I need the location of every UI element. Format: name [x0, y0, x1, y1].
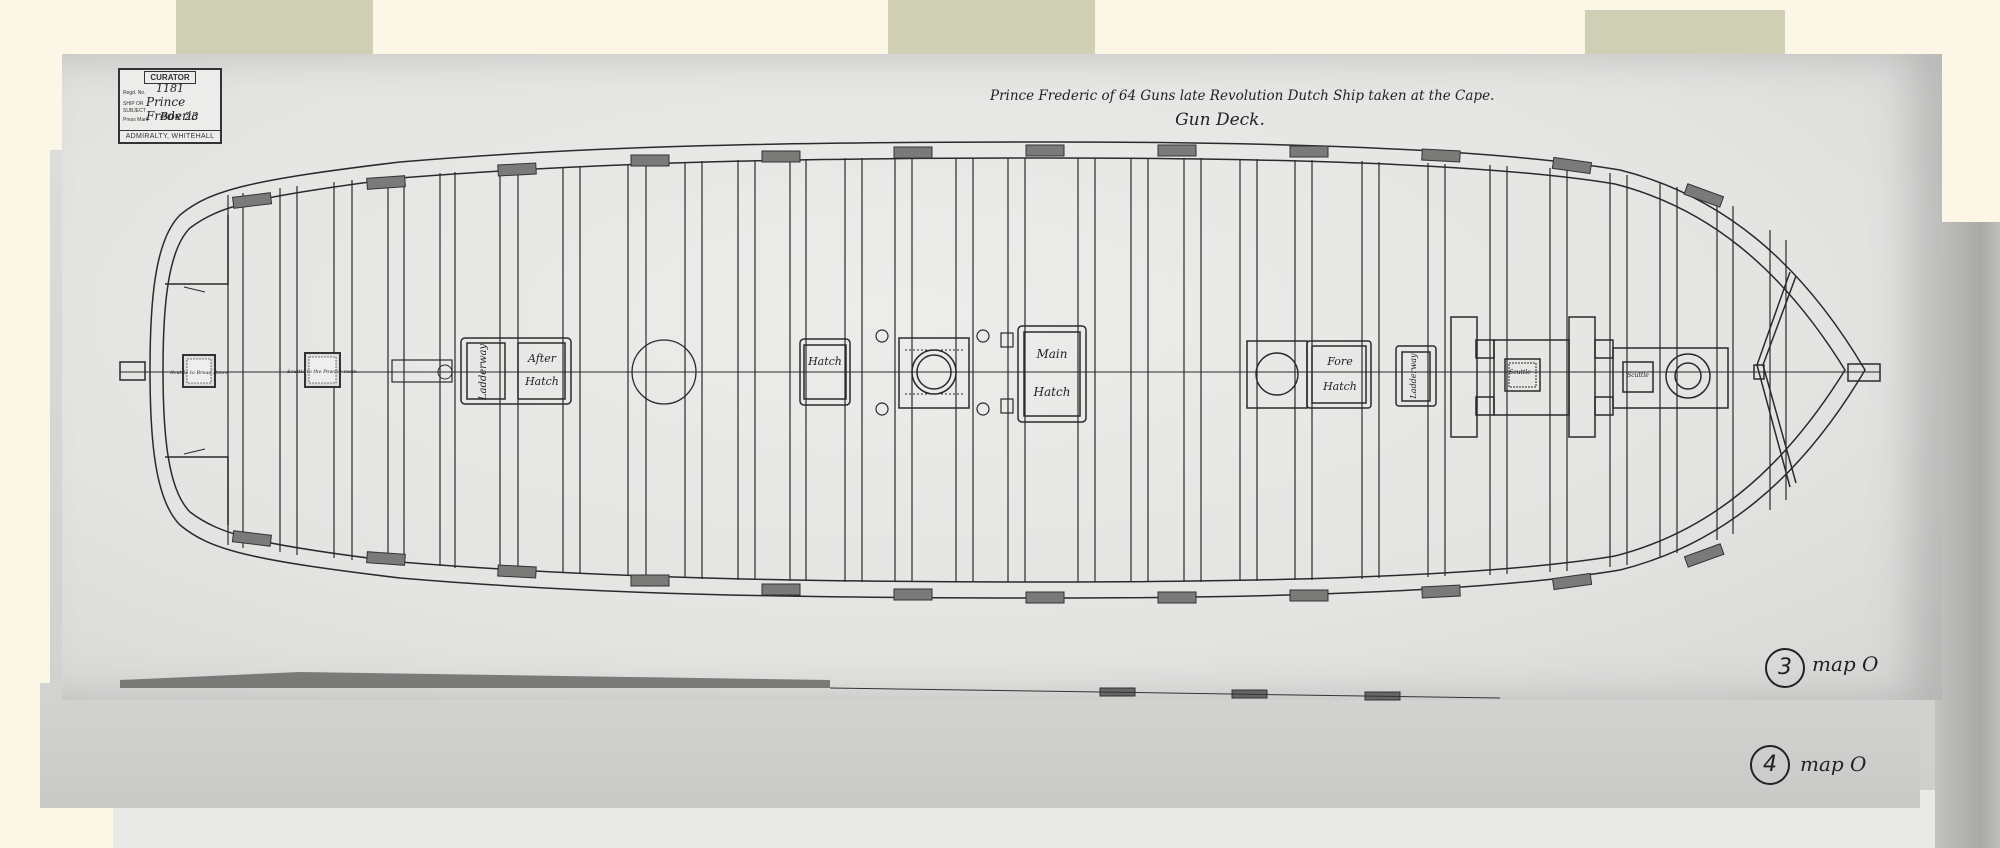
svg-text:After: After	[527, 352, 557, 365]
svg-text:Scuttle: Scuttle	[1627, 372, 1649, 379]
sheet-3-note: map O	[1812, 652, 1878, 676]
scuttle-powder-room: Scuttle to the Powder room	[287, 353, 357, 387]
riding-bitts	[1451, 317, 1728, 437]
svg-text:Scuttle: Scuttle	[1509, 369, 1531, 376]
bow-stem	[1754, 272, 1880, 487]
svg-text:Hatch: Hatch	[1322, 380, 1357, 393]
svg-text:Hatch: Hatch	[807, 355, 842, 368]
sheet-4-note: map O	[1800, 752, 1866, 776]
svg-text:Scuttle to Bread Room: Scuttle to Bread Room	[170, 370, 228, 376]
gun-ports-top	[233, 145, 1724, 208]
sheet-3-number: 3	[1765, 648, 1805, 688]
svg-text:Ladderway: Ladderway	[1409, 353, 1418, 400]
svg-text:Hatch: Hatch	[524, 375, 559, 388]
scuttle-bread-room: Scuttle to Bread Room	[170, 355, 228, 387]
sheet4-shadow	[120, 672, 830, 688]
svg-text:Scuttle to the Powder room: Scuttle to the Powder room	[287, 369, 357, 375]
svg-text:Hatch: Hatch	[1033, 385, 1071, 399]
hull-outline-inner	[163, 158, 1845, 582]
svg-text:Fore: Fore	[1326, 355, 1353, 368]
main-capstan	[899, 338, 969, 408]
fore-capstan	[1247, 341, 1307, 408]
sheet-4-number: 4	[1750, 745, 1790, 785]
svg-text:Ladderway: Ladderway	[478, 344, 489, 402]
svg-text:Main: Main	[1035, 347, 1067, 361]
gun-deck-plan: Scuttle to Bread Room Scuttle to the Pow…	[0, 0, 2000, 848]
main-hatch	[1018, 326, 1086, 422]
